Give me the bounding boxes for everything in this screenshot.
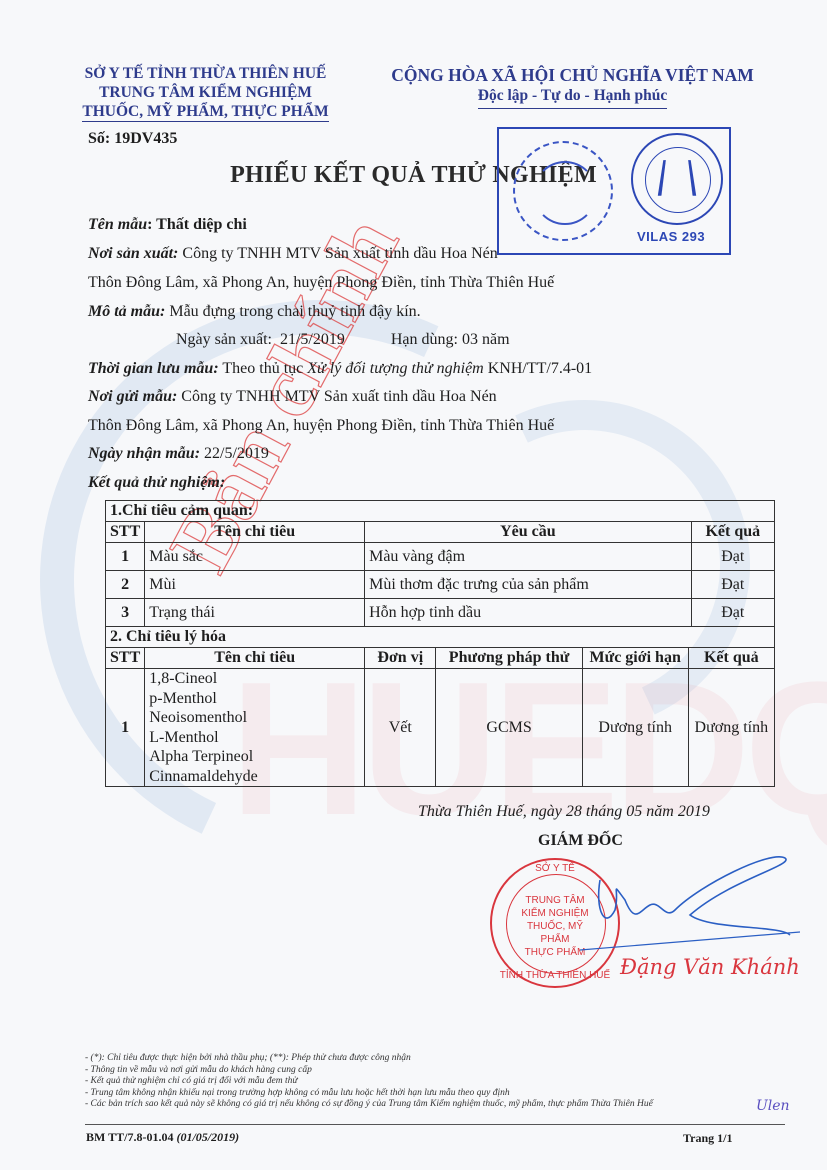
received-row: Ngày nhận mẫu: 22/5/2019: [88, 444, 269, 464]
org-line: TRUNG TÂM KIỂM NGHIỆM: [68, 83, 343, 102]
column-header: Kết quả: [688, 648, 774, 669]
org-line: THUỐC, MỸ PHẨM, THỰC PHẨM: [82, 102, 328, 122]
producer-address: Thôn Đông Lâm, xã Phong An, huyện Phong …: [88, 273, 554, 293]
sensory-results-table: 1.Chỉ tiêu cảm quan: STT Tên chỉ tiêu Yê…: [105, 500, 775, 627]
column-header: STT: [106, 648, 145, 669]
physchem-results-table: 2. Chỉ tiêu lý hóa STT Tên chỉ tiêu Đơn …: [105, 626, 775, 787]
vilas-code: VILAS 293: [637, 229, 705, 244]
received-date: 22/5/2019: [204, 445, 269, 462]
column-header: Tên chỉ tiêu: [145, 648, 365, 669]
table-row: 1 Màu sắc Màu vàng đậm Đạt: [106, 543, 775, 571]
test-mark-seal-icon: [513, 141, 613, 241]
sender-name: Công ty TNHH MTV Sản xuất tinh dầu Hoa N…: [181, 388, 496, 405]
description: Mẫu đựng trong chai thuỷ tinh đậy kín.: [169, 303, 420, 320]
national-header: CỘNG HÒA XÃ HỘI CHỦ NGHĨA VIỆT NAM Độc l…: [370, 64, 775, 109]
nation-name: CỘNG HÒA XÃ HỘI CHỦ NGHĨA VIỆT NAM: [370, 64, 775, 86]
table-row: 2 Mùi Mùi thơm đặc trưng của sản phẩm Đạ…: [106, 571, 775, 599]
official-red-seal: SỞ Y TẾ TRUNG TÂM KIỂM NGHIỆM THUỐC, MỸ …: [490, 858, 620, 988]
org-line: SỞ Y TẾ TỈNH THỪA THIÊN HUẾ: [68, 64, 343, 83]
expiry: 03 năm: [462, 331, 510, 348]
producer-name: Công ty TNHH MTV Sản xuất tinh dầu Hoa N…: [182, 245, 497, 262]
sender-address: Thôn Đông Lâm, xã Phong An, huyện Phong …: [88, 416, 554, 436]
retention-row: Thời gian lưu mẫu: Theo thủ tục Xử lý đố…: [88, 359, 592, 379]
column-header: Phương pháp thử: [436, 648, 582, 669]
column-header: STT: [106, 522, 145, 543]
sample-name-row: Tên mẫu: Thất diệp chi: [88, 215, 247, 235]
footer-divider: [85, 1124, 785, 1125]
column-header: Mức giới hạn: [582, 648, 688, 669]
description-row: Mô tả mẫu: Mẫu đựng trong chai thuỷ tinh…: [88, 302, 421, 322]
boa-seal-icon: [631, 133, 723, 225]
signer-position: GIÁM ĐỐC: [538, 832, 623, 850]
table-row: 1 1,8-Cineol p-Menthol Neoisomenthol L-M…: [106, 669, 775, 787]
sample-name: Thất diệp chi: [156, 216, 247, 233]
physchem-section-title: 2. Chỉ tiêu lý hóa: [106, 627, 775, 648]
document-number: Số: 19DV435: [88, 130, 177, 148]
mfg-date: 21/5/2019: [280, 331, 345, 348]
sensory-section-title: 1.Chỉ tiêu cảm quan:: [106, 501, 775, 522]
compound-list: 1,8-Cineol p-Menthol Neoisomenthol L-Men…: [145, 669, 365, 787]
page-number: Trang 1/1: [683, 1131, 732, 1146]
initials-icon: Ulen: [756, 1098, 790, 1114]
table-row: 3 Trạng thái Hỗn hợp tinh dầu Đạt: [106, 599, 775, 627]
form-code: BM TT/7.8-01.04 (01/05/2019): [86, 1130, 239, 1145]
producer-row: Nơi sản xuất: Công ty TNHH MTV Sản xuất …: [88, 244, 498, 264]
national-motto: Độc lập - Tự do - Hạnh phúc: [478, 86, 667, 109]
sender-row: Nơi gửi mẫu: Công ty TNHH MTV Sản xuất t…: [88, 387, 497, 407]
column-header: Yêu cầu: [365, 522, 692, 543]
column-header: Đơn vị: [365, 648, 436, 669]
place-date: Thừa Thiên Huế, ngày 28 tháng 05 năm 201…: [418, 803, 710, 821]
accreditation-stamp: VILAS 293: [497, 127, 731, 255]
column-header: Tên chỉ tiêu: [145, 522, 365, 543]
signer-name: Đặng Văn Khánh: [620, 955, 800, 979]
column-header: Kết quả: [691, 522, 774, 543]
organization-header: SỞ Y TẾ TỈNH THỪA THIÊN HUẾ TRUNG TÂM KI…: [68, 64, 343, 122]
footnotes: - (*): Chỉ tiêu được thực hiện bởi nhà t…: [85, 1053, 785, 1111]
dates-row: Ngày sản xuất: 21/5/2019 Hạn dùng: 03 nă…: [176, 330, 510, 350]
results-heading: Kết quả thử nghiệm:: [88, 473, 225, 493]
